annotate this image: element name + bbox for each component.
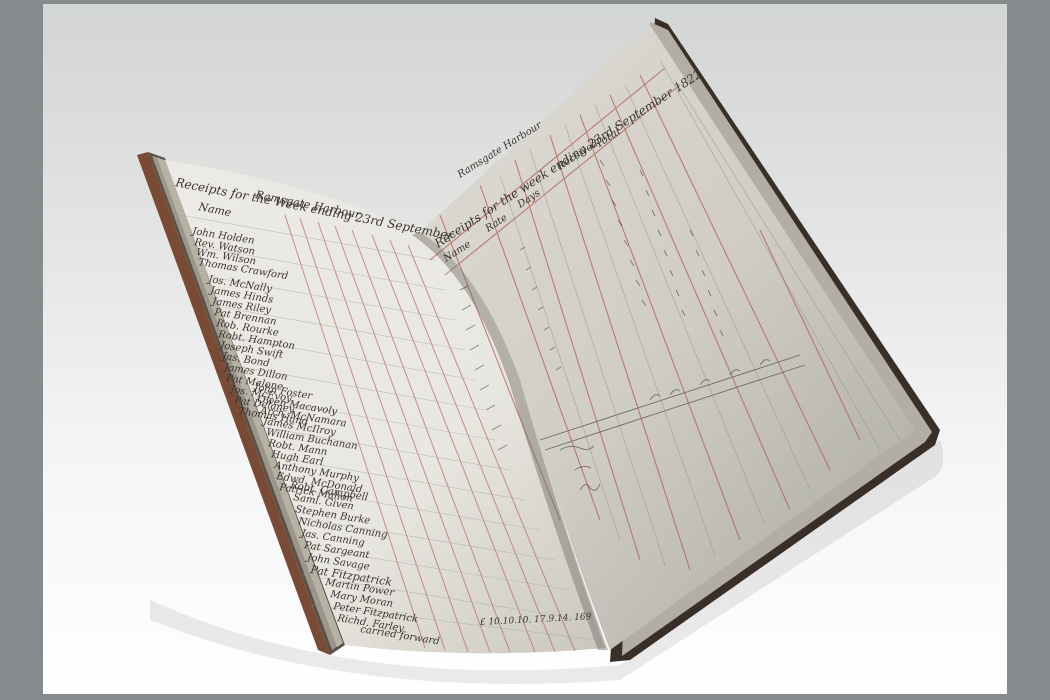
ledger-illustration: Ramsgate Harbour Receipts for the Week e… xyxy=(43,4,1007,694)
photo-caption: Open handwritten account ledger xyxy=(0,0,1,1)
ledger-photograph: Ramsgate Harbour Receipts for the Week e… xyxy=(43,4,1007,694)
